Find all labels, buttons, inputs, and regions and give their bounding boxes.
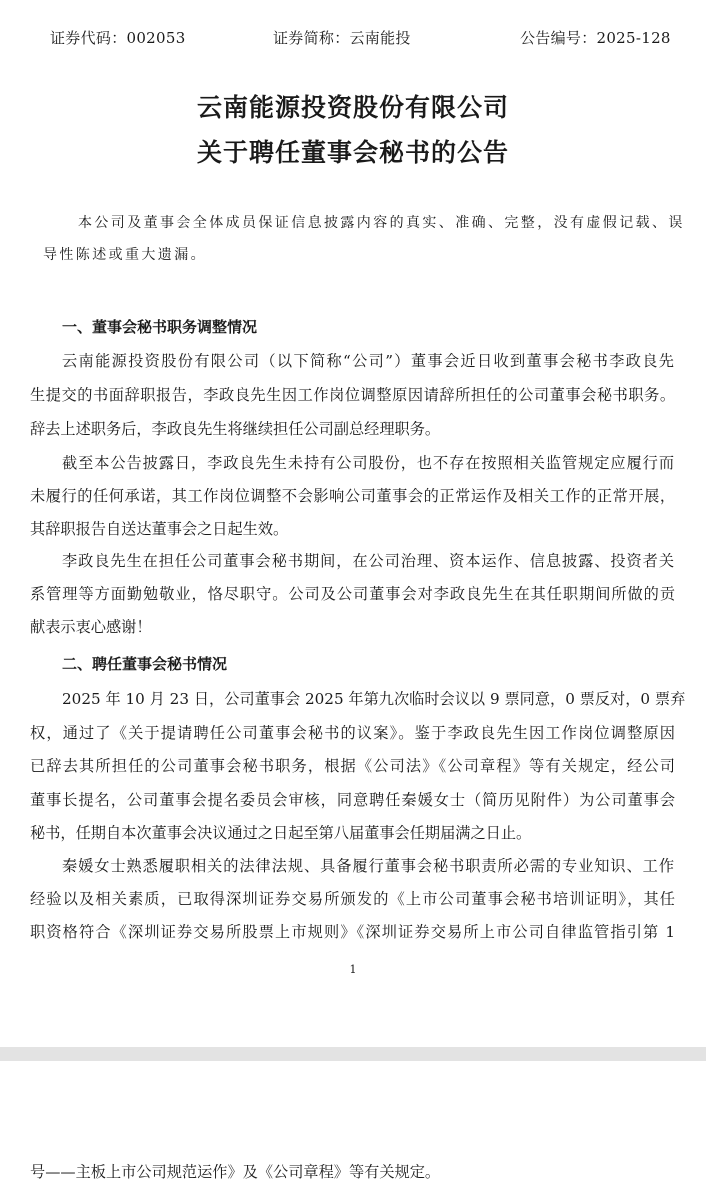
paragraph-line: 2025 年 10 月 23 日，公司董事会 2025 年第九次临时会议以 9 … [62, 688, 674, 709]
paragraph-line: 董事长提名，公司董事会提名委员会审核，同意聘任秦媛女士（简历见附件）为公司董事会 [30, 789, 675, 810]
paragraph-line: 秦媛女士熟悉履职相关的法律法规、具备履行董事会秘书职责所必需的专业知识、工作 [62, 855, 674, 876]
paragraph-line: 已辞去其所担任的公司董事会秘书职务，根据《公司法》《公司章程》等有关规定，经公司 [30, 755, 675, 776]
paragraph-line: 职资格符合《深圳证券交易所股票上市规则》《深圳证券交易所上市公司自律监管指引第 … [30, 921, 675, 942]
paragraph-line: 秘书，任期自本次董事会决议通过之日起至第八届董事会任期届满之日止。 [30, 822, 675, 843]
page-break [0, 1047, 706, 1061]
paragraph-line: 经验以及相关素质，已取得深圳证券交易所颁发的《上市公司董事会秘书培训证明》，其任 [30, 888, 675, 909]
securities-short-name: 证券简称：云南能投 [273, 27, 411, 48]
paragraph-line: 未履行的任何承诺，其工作岗位调整不会影响公司董事会的正常运作及相关工作的正常开展… [30, 485, 675, 506]
intro-line: 本公司及董事会全体成员保证信息披露内容的真实、准确、完整，没有虚假记载、误 [78, 212, 673, 232]
document-page-2: 号——主板上市公司规范运作》及《公司章程》等有关规定。 [0, 1061, 706, 1191]
paragraph-line: 辞去上述职务后，李政良先生将继续担任公司副总经理职务。 [30, 418, 675, 439]
page-number: 1 [0, 963, 706, 976]
section-heading-2: 二、聘任董事会秘书情况 [62, 653, 227, 674]
section-heading-1: 一、董事会秘书职务调整情况 [62, 316, 257, 337]
document-page-1: 证券代码：002053 证券简称：云南能投 公告编号：2025-128 云南能源… [0, 0, 706, 1047]
paragraph-line: 号——主板上市公司规范运作》及《公司章程》等有关规定。 [30, 1161, 675, 1182]
title-subject: 关于聘任董事会秘书的公告 [0, 133, 706, 169]
paragraph-line: 系管理等方面勤勉敬业，恪尽职守。公司及公司董事会对李政良先生在其任职期间所做的贡 [30, 583, 675, 604]
paragraph-line: 生提交的书面辞职报告，李政良先生因工作岗位调整原因请辞所担任的公司董事会秘书职务… [30, 384, 675, 405]
securities-code: 证券代码：002053 [50, 27, 186, 48]
paragraph-line: 截至本公告披露日，李政良先生未持有公司股份，也不存在按照相关监管规定应履行而 [62, 452, 674, 473]
intro-line: 导性陈述或重大遗漏。 [43, 244, 688, 264]
paragraph-line: 献表示衷心感谢！ [30, 616, 675, 637]
notice-number: 公告编号：2025-128 [520, 27, 671, 48]
title-company: 云南能源投资股份有限公司 [0, 88, 706, 124]
paragraph-line: 李政良先生在担任公司董事会秘书期间，在公司治理、资本运作、信息披露、投资者关 [62, 550, 674, 571]
paragraph-line: 云南能源投资股份有限公司（以下简称“公司”）董事会近日收到董事会秘书李政良先 [62, 350, 674, 371]
paragraph-line: 其辞职报告自送达董事会之日起生效。 [30, 518, 675, 539]
paragraph-line: 权，通过了《关于提请聘任公司董事会秘书的议案》。鉴于李政良先生因工作岗位调整原因 [30, 722, 675, 743]
